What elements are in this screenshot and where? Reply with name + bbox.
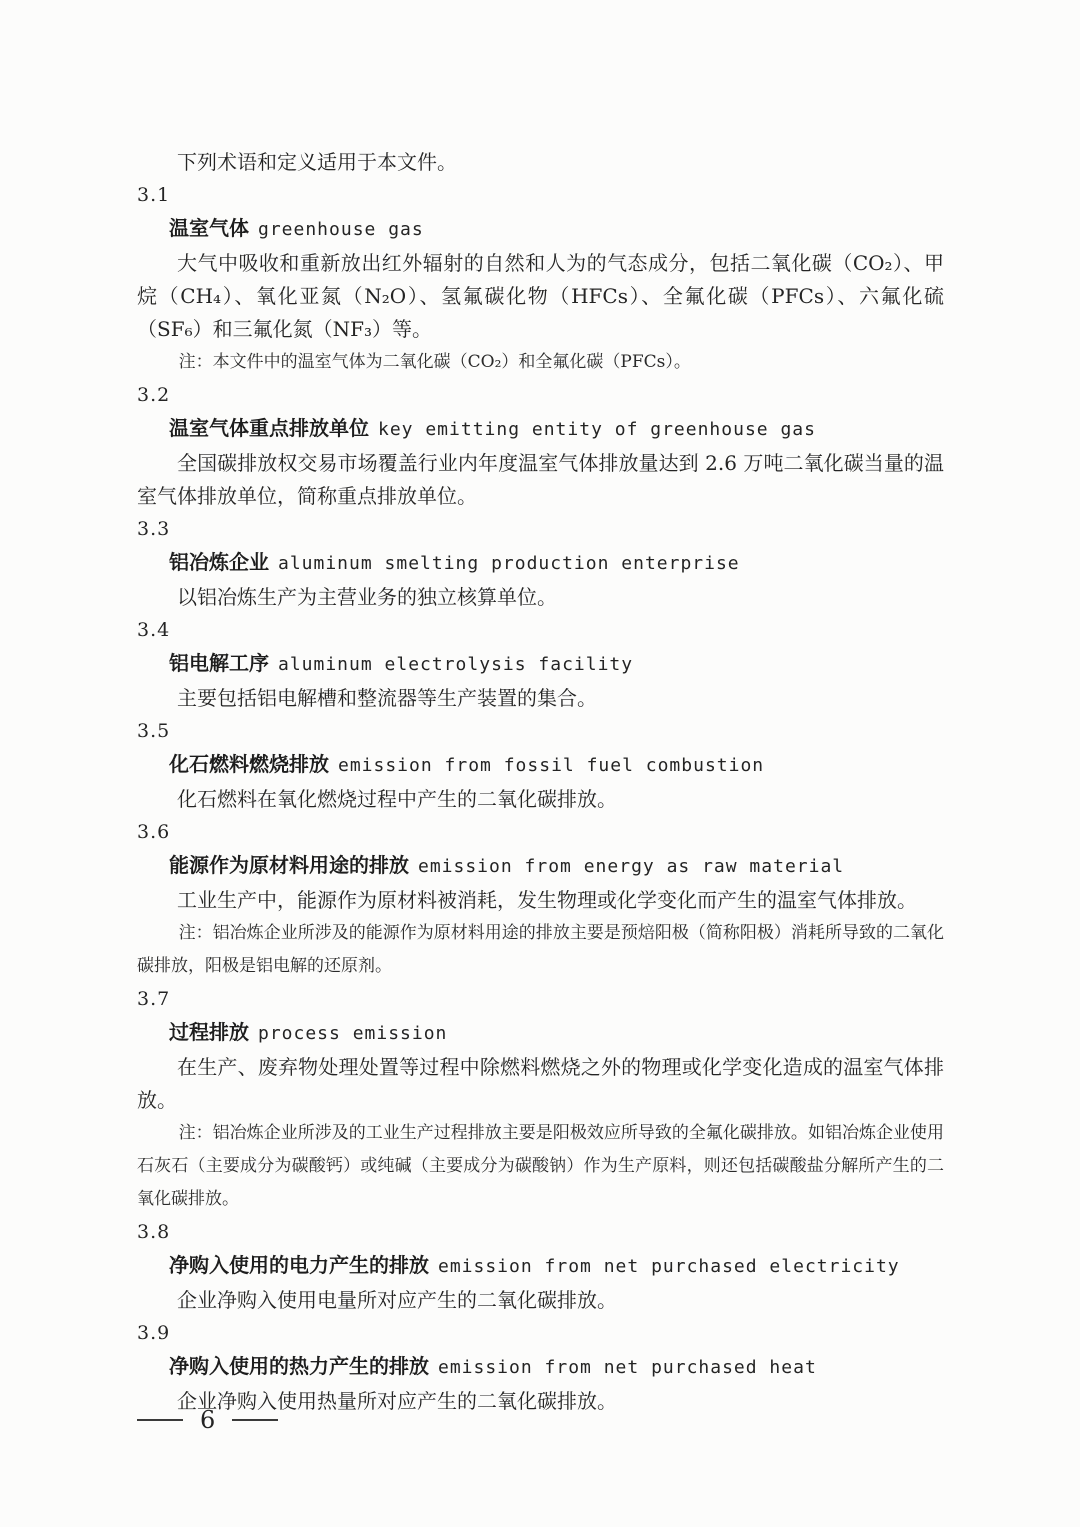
- page-number: 6: [200, 1408, 215, 1432]
- term-heading: 温室气体重点排放单位key emitting entity of greenho…: [137, 412, 944, 447]
- term-heading: 净购入使用的热力产生的排放emission from net purchased…: [137, 1350, 944, 1385]
- term-chinese: 温室气体: [169, 216, 249, 240]
- footer-rule-left: [137, 1419, 183, 1421]
- term-heading: 过程排放process emission: [137, 1016, 944, 1051]
- note-paragraph: 注：铝冶炼企业所涉及的能源作为原材料用途的排放主要是预焙阳极（简称阳极）消耗所导…: [137, 917, 944, 983]
- definition-paragraph: 以铝冶炼生产为主营业务的独立核算单位。: [137, 581, 944, 614]
- terms-and-definitions-section: 下列术语和定义适用于本文件。 3.1 温室气体greenhouse gas 大气…: [137, 146, 944, 1418]
- document-page: 下列术语和定义适用于本文件。 3.1 温室气体greenhouse gas 大气…: [0, 0, 1080, 1527]
- term-section-3-9: 3.9 净购入使用的热力产生的排放emission from net purch…: [137, 1317, 944, 1418]
- term-english: emission from energy as raw material: [418, 856, 844, 877]
- term-english: aluminum electrolysis facility: [278, 654, 633, 675]
- note-paragraph: 注：本文件中的温室气体为二氧化碳（CO₂）和全氟化碳（PFCs）。: [137, 346, 944, 379]
- term-section-3-7: 3.7 过程排放process emission 在生产、废弃物处理处置等过程中…: [137, 983, 944, 1216]
- term-english: process emission: [258, 1023, 447, 1044]
- term-heading: 化石燃料燃烧排放emission from fossil fuel combus…: [137, 748, 944, 783]
- term-chinese: 铝电解工序: [169, 651, 269, 675]
- footer-rule-right: [232, 1419, 278, 1421]
- term-section-3-5: 3.5 化石燃料燃烧排放emission from fossil fuel co…: [137, 715, 944, 816]
- definition-paragraph: 企业净购入使用电量所对应产生的二氧化碳排放。: [137, 1284, 944, 1317]
- term-english: emission from net purchased heat: [438, 1357, 817, 1378]
- term-english: greenhouse gas: [258, 219, 424, 240]
- term-section-3-1: 3.1 温室气体greenhouse gas 大气中吸收和重新放出红外辐射的自然…: [137, 179, 944, 379]
- section-number: 3.3: [137, 513, 944, 546]
- section-number: 3.9: [137, 1317, 944, 1350]
- term-heading: 铝冶炼企业aluminum smelting production enterp…: [137, 546, 944, 581]
- term-chinese: 过程排放: [169, 1020, 249, 1044]
- definition-paragraph: 化石燃料在氧化燃烧过程中产生的二氧化碳排放。: [137, 783, 944, 816]
- intro-paragraph: 下列术语和定义适用于本文件。: [137, 146, 944, 179]
- definition-paragraph: 全国碳排放权交易市场覆盖行业内年度温室气体排放量达到 2.6 万吨二氧化碳当量的…: [137, 447, 944, 513]
- term-heading: 温室气体greenhouse gas: [137, 212, 944, 247]
- term-section-3-4: 3.4 铝电解工序aluminum electrolysis facility …: [137, 614, 944, 715]
- section-number: 3.8: [137, 1216, 944, 1249]
- page-footer: 6: [137, 1408, 278, 1432]
- section-number: 3.5: [137, 715, 944, 748]
- definition-paragraph: 主要包括铝电解槽和整流器等生产装置的集合。: [137, 682, 944, 715]
- term-chinese: 温室气体重点排放单位: [169, 416, 369, 440]
- section-number: 3.4: [137, 614, 944, 647]
- section-number: 3.7: [137, 983, 944, 1016]
- section-number: 3.1: [137, 179, 944, 212]
- term-english: key emitting entity of greenhouse gas: [378, 419, 816, 440]
- term-heading: 净购入使用的电力产生的排放emission from net purchased…: [137, 1249, 944, 1284]
- term-chinese: 净购入使用的电力产生的排放: [169, 1253, 429, 1277]
- term-heading: 能源作为原材料用途的排放emission from energy as raw …: [137, 849, 944, 884]
- definition-paragraph: 在生产、废弃物处理处置等过程中除燃料燃烧之外的物理或化学变化造成的温室气体排放。: [137, 1051, 944, 1117]
- definition-paragraph: 工业生产中，能源作为原材料被消耗，发生物理或化学变化而产生的温室气体排放。: [137, 884, 944, 917]
- term-english: aluminum smelting production enterprise: [278, 553, 740, 574]
- term-chinese: 净购入使用的热力产生的排放: [169, 1354, 429, 1378]
- term-chinese: 能源作为原材料用途的排放: [169, 853, 409, 877]
- note-paragraph: 注：铝冶炼企业所涉及的工业生产过程排放主要是阳极效应所导致的全氟化碳排放。如铝冶…: [137, 1117, 944, 1216]
- section-number: 3.2: [137, 379, 944, 412]
- term-chinese: 铝冶炼企业: [169, 550, 269, 574]
- term-english: emission from net purchased electricity: [438, 1256, 900, 1277]
- term-section-3-3: 3.3 铝冶炼企业aluminum smelting production en…: [137, 513, 944, 614]
- term-section-3-2: 3.2 温室气体重点排放单位key emitting entity of gre…: [137, 379, 944, 513]
- term-section-3-6: 3.6 能源作为原材料用途的排放emission from energy as …: [137, 816, 944, 983]
- section-number: 3.6: [137, 816, 944, 849]
- term-english: emission from fossil fuel combustion: [338, 755, 764, 776]
- term-chinese: 化石燃料燃烧排放: [169, 752, 329, 776]
- term-heading: 铝电解工序aluminum electrolysis facility: [137, 647, 944, 682]
- term-section-3-8: 3.8 净购入使用的电力产生的排放emission from net purch…: [137, 1216, 944, 1317]
- definition-paragraph: 大气中吸收和重新放出红外辐射的自然和人为的气态成分，包括二氧化碳（CO₂）、甲烷…: [137, 247, 944, 346]
